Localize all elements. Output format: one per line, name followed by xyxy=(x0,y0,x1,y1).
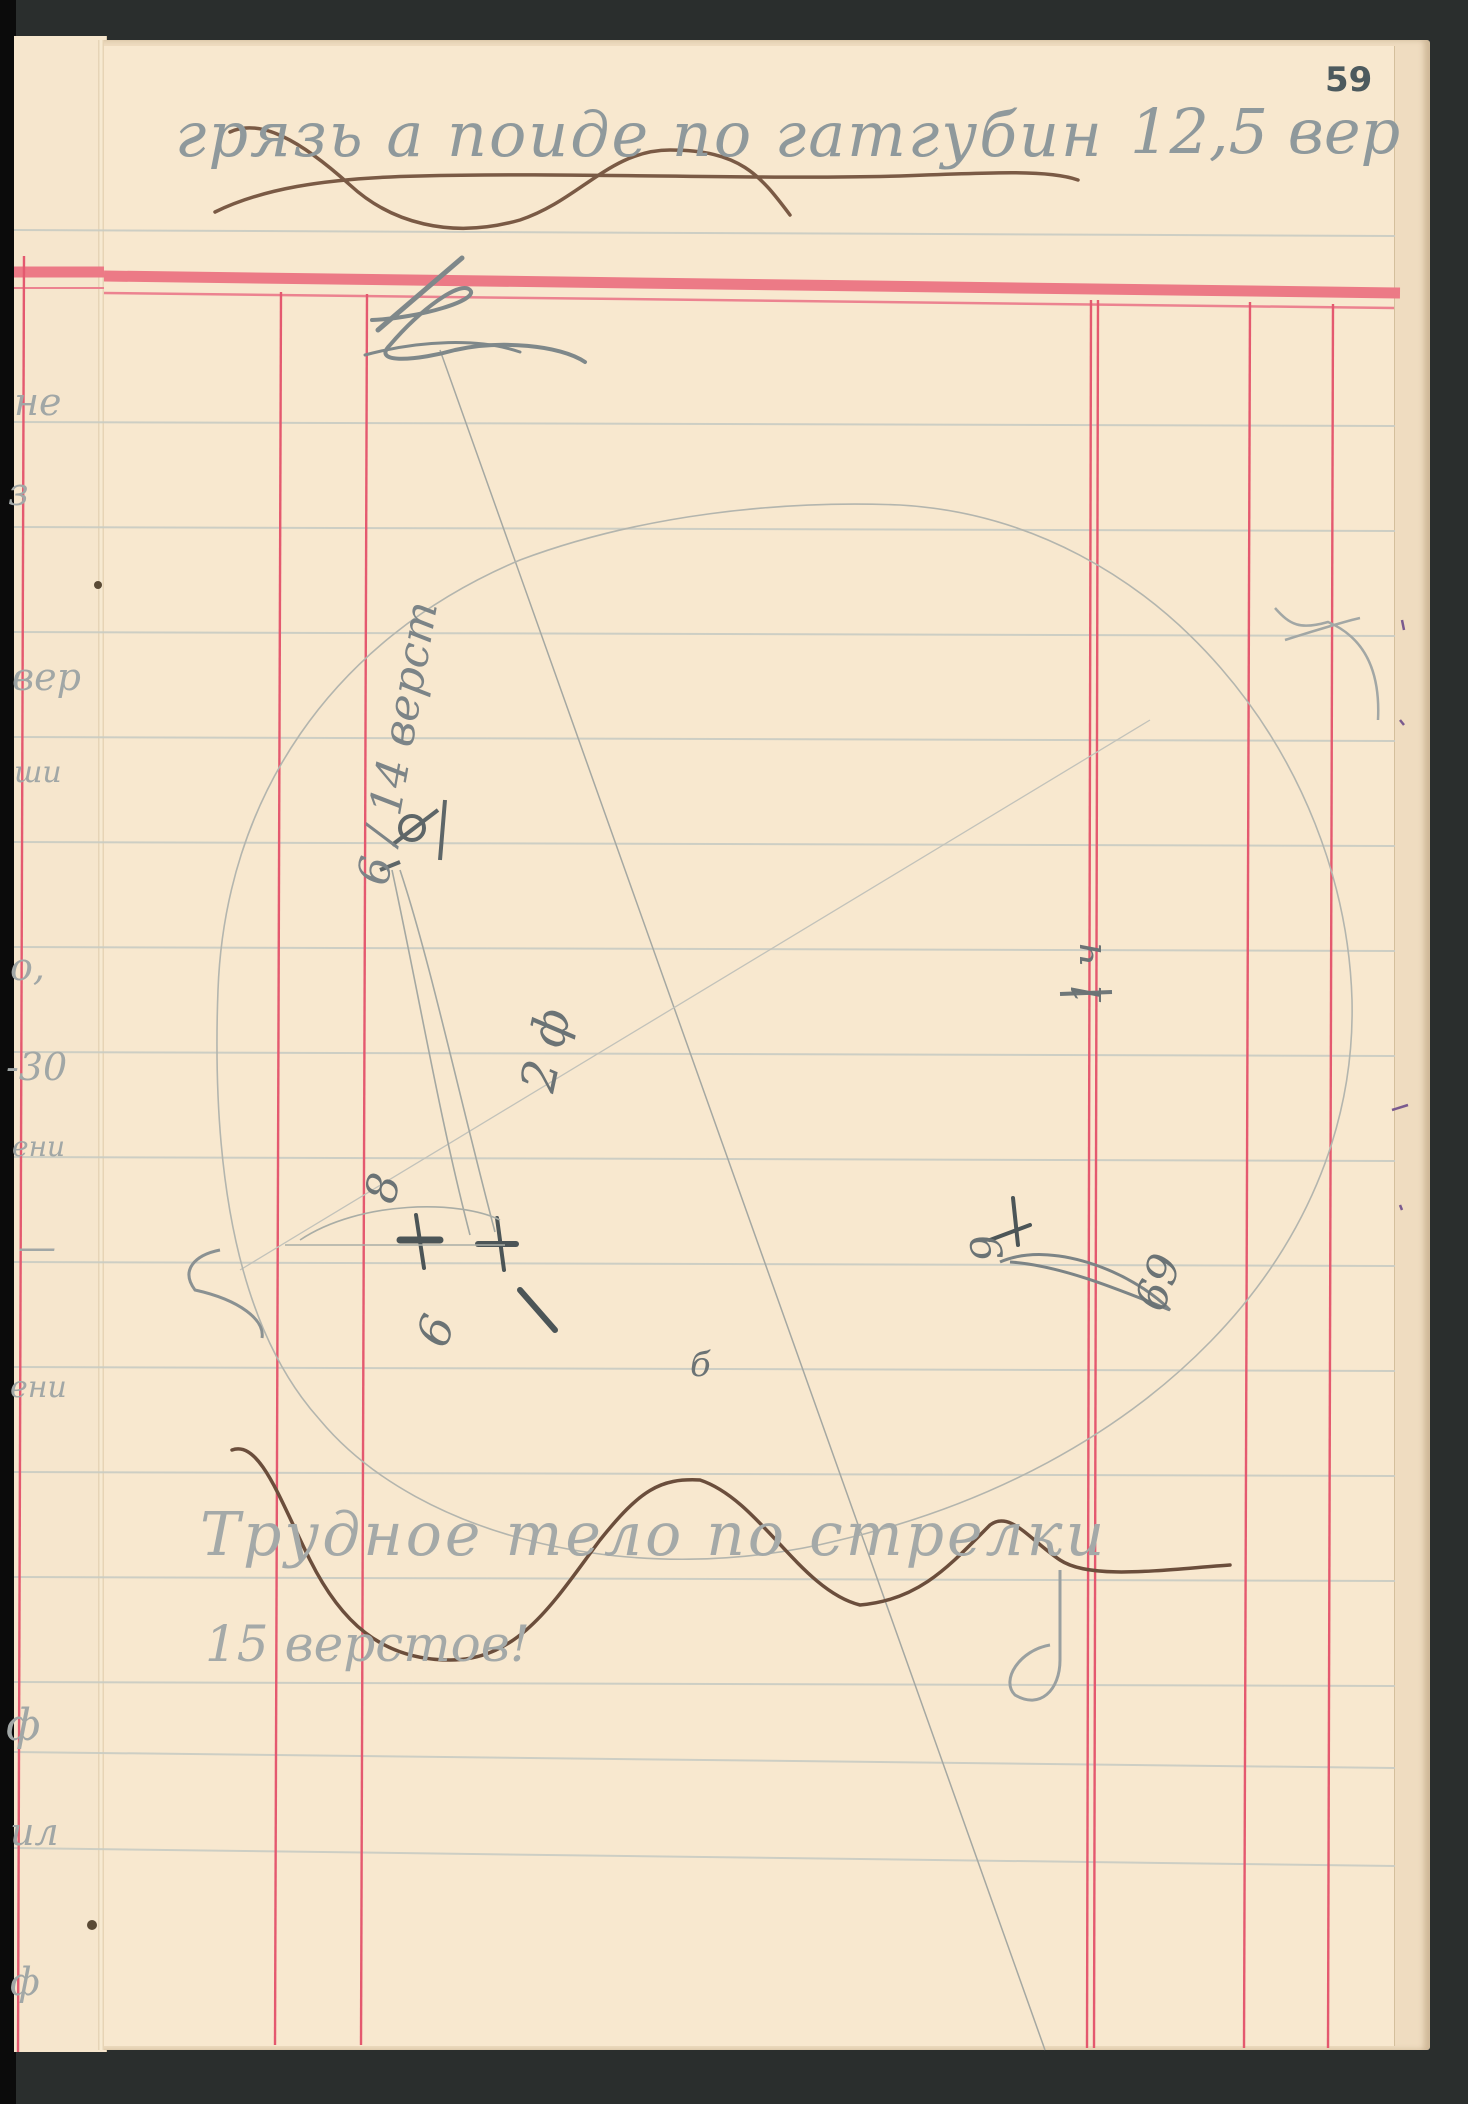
binding-holes xyxy=(87,581,102,1930)
footer-handwriting-line2: 15 верстов! xyxy=(205,1615,530,1673)
violet-margin-marks xyxy=(1392,620,1408,1210)
margin-fragment: ени xyxy=(12,1130,65,1163)
vertical-red-rules xyxy=(18,256,1333,2052)
red-header-rule xyxy=(14,272,1400,308)
margin-fragment: ши xyxy=(14,755,62,790)
label-b: б xyxy=(690,1345,711,1385)
margin-fragment: ф xyxy=(10,1960,40,2004)
right-margin-check xyxy=(1275,608,1378,720)
header-distance: 12,5 вер xyxy=(1130,95,1400,168)
margin-fragment: не xyxy=(14,380,62,424)
margin-fragment: — xyxy=(18,1225,56,1269)
header-handwriting: грязь а поиде по гатгубин xyxy=(175,98,1104,171)
margin-fragment: ф xyxy=(6,1700,40,1751)
diagonal-pencil-line xyxy=(440,350,1045,2050)
page-number: 59 xyxy=(1325,60,1372,100)
curve-near-crosses xyxy=(285,1207,505,1245)
margin-fragment: -30 xyxy=(6,1045,67,1089)
margin-fragment: ени xyxy=(10,1370,67,1405)
footer-handwriting-line1: Трудное тело по стрелки xyxy=(200,1500,1107,1570)
bottom-loop-mark xyxy=(1010,1570,1060,1700)
page-rulings-and-drawings xyxy=(0,0,1468,2104)
margin-fragment: ил xyxy=(10,1810,59,1854)
margin-fragment: о, xyxy=(10,945,45,989)
top-pencil-mark xyxy=(365,258,585,362)
margin-fragment: вер xyxy=(12,655,81,699)
margin-fragment: з xyxy=(8,470,29,514)
label-1: 1 ч xyxy=(1065,942,1111,1005)
